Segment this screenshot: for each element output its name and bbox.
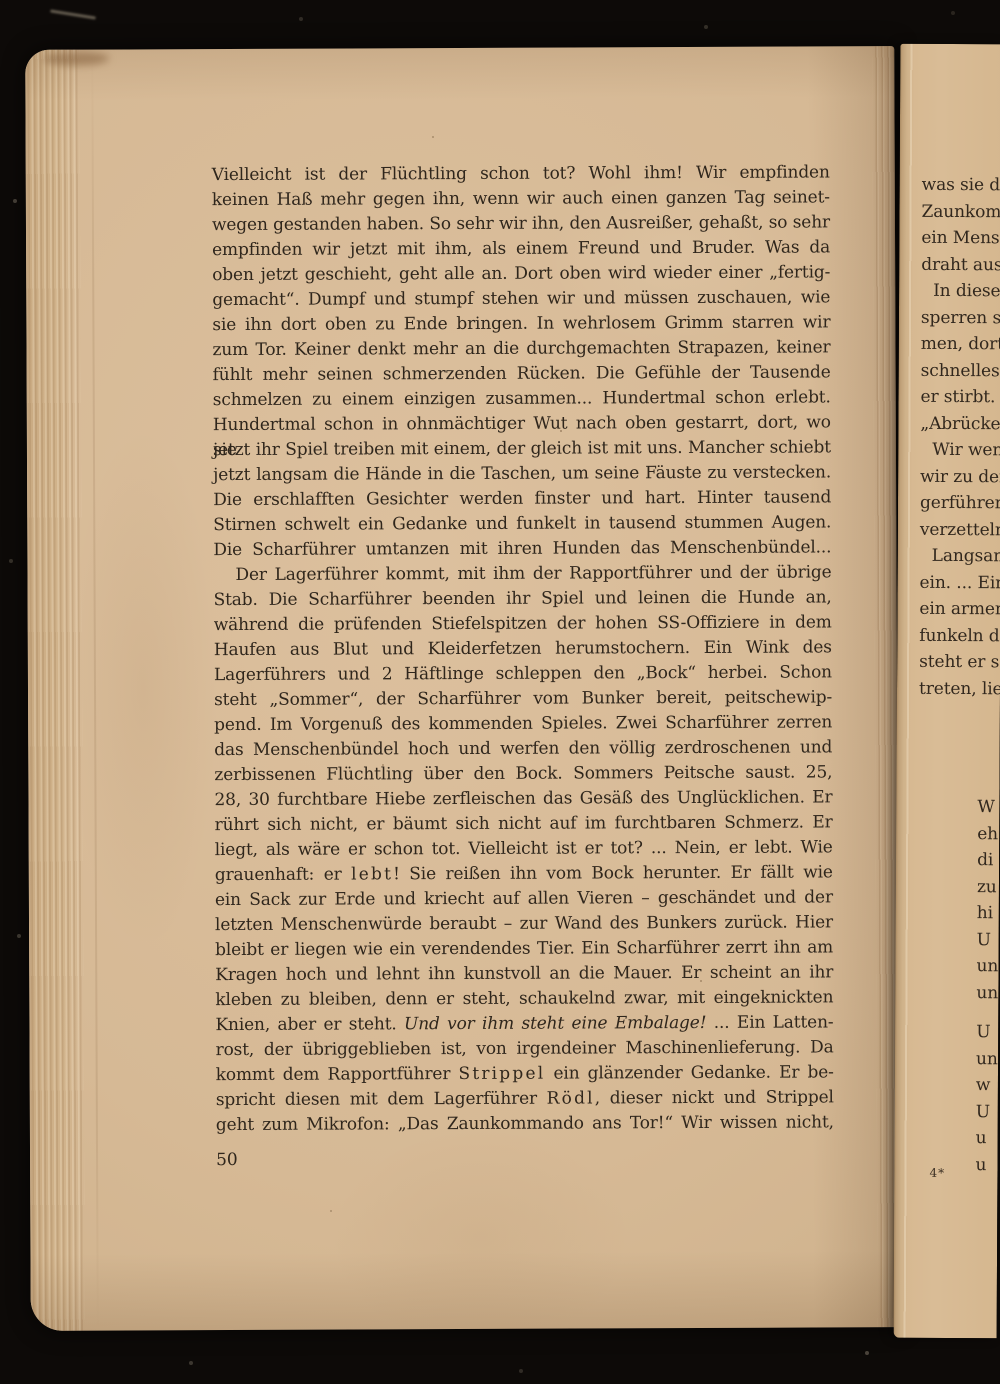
text-line: kleben zu bleiben, denn er steht, schauk… — [215, 985, 833, 1013]
next-page-line-fragment: un — [976, 980, 1000, 1007]
next-page-line-fragment: draht aus u — [921, 251, 1000, 278]
text-line: steht „Sommer“, der Scharführer vom Bunk… — [214, 685, 832, 713]
book-right-page: was sie daZaunkommein Menschdraht aus uI… — [894, 44, 1000, 1339]
next-page-line-fragment: un — [976, 1046, 1000, 1073]
text-segment: Rödl — [547, 1088, 595, 1108]
next-page-text-block: was sie daZaunkommein Menschdraht aus uI… — [916, 172, 1000, 1179]
body-text-lines: Vielleicht ist der Flüchtling schon tot?… — [212, 160, 834, 1138]
next-page-line-fragment: ein Mensch — [921, 225, 1000, 252]
next-page-line-fragment: eh — [977, 821, 1000, 848]
next-page-line-fragment: men, dort k — [921, 331, 1000, 358]
text-line: rührt sich nicht, er bäumt sich nicht au… — [215, 810, 833, 838]
text-line: grauenhaft: er lebt! Sie reißen ihn vom … — [215, 860, 833, 888]
corner-stain — [43, 52, 109, 66]
text-line: Die erschlafften Gesichter werden finste… — [213, 485, 831, 513]
signature-mark: 4* — [929, 1166, 945, 1180]
text-line: ein Sack zur Erde und kriecht auf allen … — [215, 885, 833, 913]
text-line: spricht diesen mit dem Lagerführer Rödl,… — [216, 1085, 834, 1113]
next-page-line-fragment: verzetteln s — [920, 516, 1000, 543]
next-page-line-fragment: un — [976, 953, 1000, 980]
next-page-line-fragment: u — [975, 1152, 1000, 1179]
text-line: Kragen hoch und lehnt ihn kunstvoll an d… — [215, 960, 833, 988]
next-page-fragments-middle: WehdizuhiUunun — [917, 794, 1000, 1007]
next-page-line-fragment: w — [976, 1072, 1000, 1099]
text-line: keinen Haß mehr gegen ihn, wenn wir auch… — [212, 185, 830, 213]
text-line: gemacht“. Dumpf und stumpf stehen wir un… — [212, 285, 830, 313]
text-line: kommt dem Rapportführer Strippel ein glä… — [216, 1060, 834, 1088]
page-text-block: Vielleicht ist der Flüchtling schon tot?… — [212, 160, 834, 1173]
next-page-line-fragment: gerführer b — [920, 490, 1000, 517]
scratch-mark — [50, 9, 96, 19]
next-page-line-fragment: was sie da — [922, 172, 1000, 199]
book-left-page: Vielleicht ist der Flüchtling schon tot?… — [25, 46, 900, 1331]
text-line: Stirnen schwelt ein Gedanke und funkelt … — [213, 510, 831, 538]
text-line: empfinden wir jetzt mit ihm, als einem F… — [212, 235, 830, 263]
text-segment: lebt — [351, 864, 393, 884]
next-page-line-fragment: steht er so — [919, 649, 1000, 676]
next-page-line-fragment: hi — [977, 900, 1000, 927]
text-line: Vielleicht ist der Flüchtling schon tot?… — [212, 160, 830, 188]
next-page-line-fragment: U — [977, 927, 1000, 954]
text-segment: grauenhaft: er — [215, 864, 351, 885]
text-line: jetzt langsam die Hände in die Taschen, … — [213, 460, 831, 488]
text-line: oben jetzt geschieht, geht alle an. Dort… — [212, 260, 830, 288]
text-line: jetzt ihr Spiel treiben mit einem, der g… — [213, 435, 831, 463]
text-line: das Menschenbündel hoch und werfen den v… — [214, 735, 832, 763]
text-line: letzten Menschenwürde beraubt – zur Wand… — [215, 910, 833, 938]
next-page-line-fragment: Zaunkomm — [921, 198, 1000, 225]
text-line: pend. Im Vorgenuß des kommenden Spieles.… — [214, 710, 832, 738]
text-line: Haufen aus Blut und Kleiderfetzen herums… — [214, 635, 832, 663]
text-line: zerbissenen Flüchtling über den Bock. So… — [214, 760, 832, 788]
page-fore-edge — [25, 50, 85, 1331]
text-segment: Strippel — [458, 1064, 545, 1084]
next-page-line-fragment: W — [977, 794, 1000, 821]
next-page-line-fragment: zu — [977, 874, 1000, 901]
next-page-line-fragment: U — [976, 1099, 1000, 1126]
next-page-line-fragment: di — [977, 847, 1000, 874]
next-page-line-fragment: Langsam — [920, 543, 1000, 570]
text-line: liegt, als wäre er schon tot. Vielleicht… — [215, 835, 833, 863]
text-segment: , dieser nickt und Strippel — [595, 1087, 834, 1108]
next-page-line-fragment: In diesen — [921, 278, 1000, 305]
text-segment: ein glänzender Gedanke. Er be- — [545, 1062, 833, 1083]
next-page-fragments-top: was sie daZaunkommein Menschdraht aus uI… — [919, 172, 1000, 703]
text-line: sie ihn dort oben zu Ende bringen. In we… — [212, 310, 830, 338]
next-page-line-fragment: u — [976, 1125, 1000, 1152]
scanned-book-photo: Vielleicht ist der Flüchtling schon tot?… — [0, 0, 1000, 1384]
text-line: geht zum Mikrofon: „Das Zaunkommando ans… — [216, 1110, 834, 1138]
next-page-line-fragment: U — [976, 1019, 1000, 1046]
text-line: Lagerführers und 2 Häftlinge schleppen d… — [214, 660, 832, 688]
text-line: bleibt er liegen wie ein verendendes Tie… — [215, 935, 833, 963]
text-segment: Und vor ihm steht eine Embalage! — [404, 1013, 706, 1034]
next-page-line-fragment: ein. ... Eins — [919, 569, 1000, 596]
text-line: rost, der übriggeblieben ist, von irgend… — [216, 1035, 834, 1063]
dust-speckles — [0, 0, 2, 2]
text-line: fühlt mehr seinen schmerzenden Rücken. D… — [213, 360, 831, 388]
next-page-line-fragment: Wir wen — [920, 437, 1000, 464]
text-line: Die Scharführer umtanzen mit ihren Hunde… — [213, 535, 831, 563]
next-page-line-fragment: sperren sie — [921, 304, 1000, 331]
page-number: 50 — [216, 1145, 834, 1173]
text-line: schmelzen zu einem einzigen zusammen... … — [213, 385, 831, 413]
text-line: Stab. Die Scharführer beenden ihr Spiel … — [214, 585, 832, 613]
text-line: Knien, aber er steht. Und vor ihm steht … — [215, 1010, 833, 1038]
next-page-line-fragment: „Abrücken — [920, 410, 1000, 437]
text-line: Hundertmal schon in ohnmächtiger Wut nac… — [213, 410, 831, 438]
text-segment: ! Sie reißen ihn vom Bock herunter. Er f… — [393, 862, 833, 884]
text-segment: Knien, aber er steht. — [215, 1014, 404, 1035]
text-line: 28, 30 furchtbare Hiebe zerfleischen das… — [214, 785, 832, 813]
text-line: Der Lagerführer kommt, mit ihm der Rappo… — [213, 560, 831, 588]
text-line: während die prüfenden Stiefelspitzen der… — [214, 610, 832, 638]
text-segment: spricht diesen mit dem Lagerführer — [216, 1089, 547, 1110]
next-page-line-fragment: funkeln die — [919, 622, 1000, 649]
page-crease-line — [91, 50, 99, 1331]
next-page-fragments-bottom: UunwUuu — [916, 1019, 1000, 1179]
next-page-line-fragment: schnelles E — [921, 357, 1000, 384]
next-page-line-fragment: ein armer — [919, 596, 1000, 623]
next-page-line-fragment: wir zu den — [920, 463, 1000, 490]
next-page-line-fragment: er stirbt. D — [920, 384, 1000, 411]
text-line: zum Tor. Keiner denkt mehr an die durchg… — [212, 335, 830, 363]
next-page-line-fragment: treten, liegt — [919, 675, 1000, 702]
text-line: wegen gestanden haben. So sehr wir ihn, … — [212, 210, 830, 238]
paper-flecks — [0, 0, 2, 2]
text-segment: ... Ein Latten- — [706, 1012, 833, 1033]
text-segment: kommt dem Rapportführer — [216, 1064, 459, 1085]
paper-blotch — [67, 429, 219, 950]
